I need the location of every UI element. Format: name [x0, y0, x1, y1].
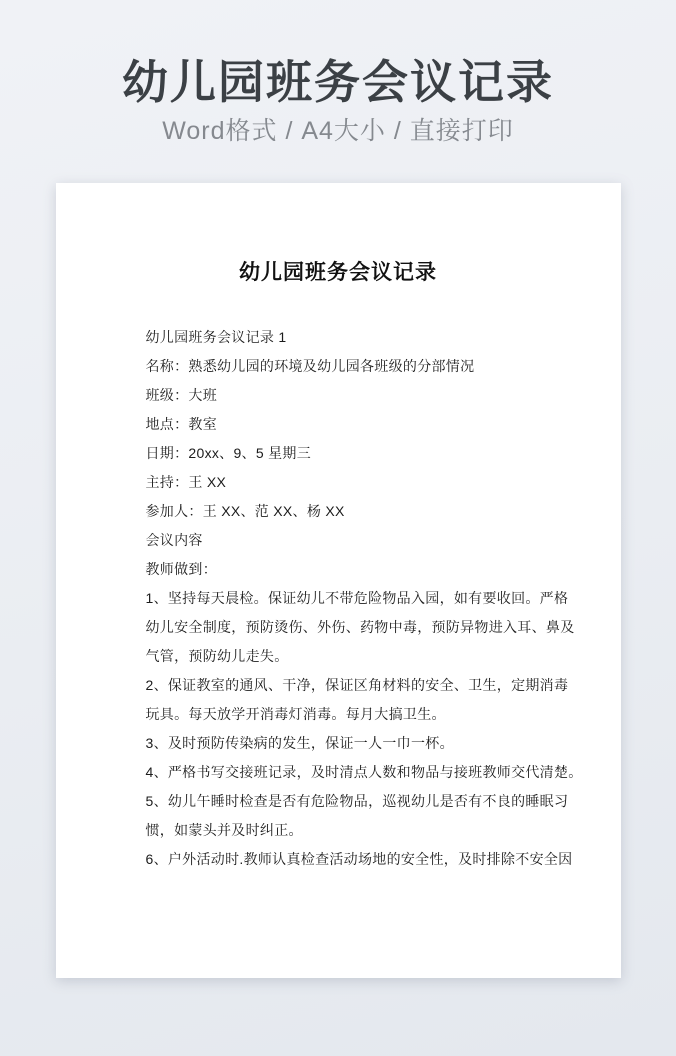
document-text-line: 参加人：王 XX、范 XX、杨 XX [146, 497, 566, 526]
document-text-line: 4、严格书写交接班记录，及时清点人数和物品与接班教师交代清楚。 [146, 758, 566, 787]
document-text-line: 5、幼儿午睡时检查是否有危险物品，巡视幼儿是否有不良的睡眠习 [146, 787, 566, 816]
document-text-line: 3、及时预防传染病的发生，保证一人一巾一杯。 [146, 729, 566, 758]
document-body: 幼儿园班务会议记录 1名称：熟悉幼儿园的环境及幼儿园各班级的分部情况班级：大班地… [56, 323, 621, 874]
document-text-line: 日期：20xx、9、5 星期三 [146, 439, 566, 468]
document-page: 幼儿园班务会议记录 幼儿园班务会议记录 1名称：熟悉幼儿园的环境及幼儿园各班级的… [56, 183, 621, 978]
document-text-line: 主持：王 XX [146, 468, 566, 497]
document-text-line: 2、保证教室的通风、干净，保证区角材料的安全、卫生，定期消毒 [146, 671, 566, 700]
document-text-line: 玩具。每天放学开消毒灯消毒。每月大搞卫生。 [146, 700, 566, 729]
document-text-line: 班级：大班 [146, 381, 566, 410]
document-title: 幼儿园班务会议记录 [56, 183, 621, 287]
document-text-line: 幼儿安全制度，预防烫伤、外伤、药物中毒，预防异物进入耳、鼻及 [146, 613, 566, 642]
template-title: 幼儿园班务会议记录 [0, 52, 676, 112]
document-text-line: 6、户外活动时.教师认真检查活动场地的安全性，及时排除不安全因 [146, 845, 566, 874]
document-text-line: 地点：教室 [146, 410, 566, 439]
document-text-line: 1、坚持每天晨检。保证幼儿不带危险物品入园，如有要收回。严格 [146, 584, 566, 613]
template-subtitle: Word格式 / A4大小 / 直接打印 [0, 114, 676, 148]
document-text-line: 名称：熟悉幼儿园的环境及幼儿园各班级的分部情况 [146, 352, 566, 381]
document-text-line: 会议内容 [146, 526, 566, 555]
document-text-line: 教师做到： [146, 555, 566, 584]
document-text-line: 气管，预防幼儿走失。 [146, 642, 566, 671]
document-text-line: 幼儿园班务会议记录 1 [146, 323, 566, 352]
document-text-line: 惯，如蒙头并及时纠正。 [146, 816, 566, 845]
template-header: 幼儿园班务会议记录 Word格式 / A4大小 / 直接打印 [0, 0, 676, 148]
